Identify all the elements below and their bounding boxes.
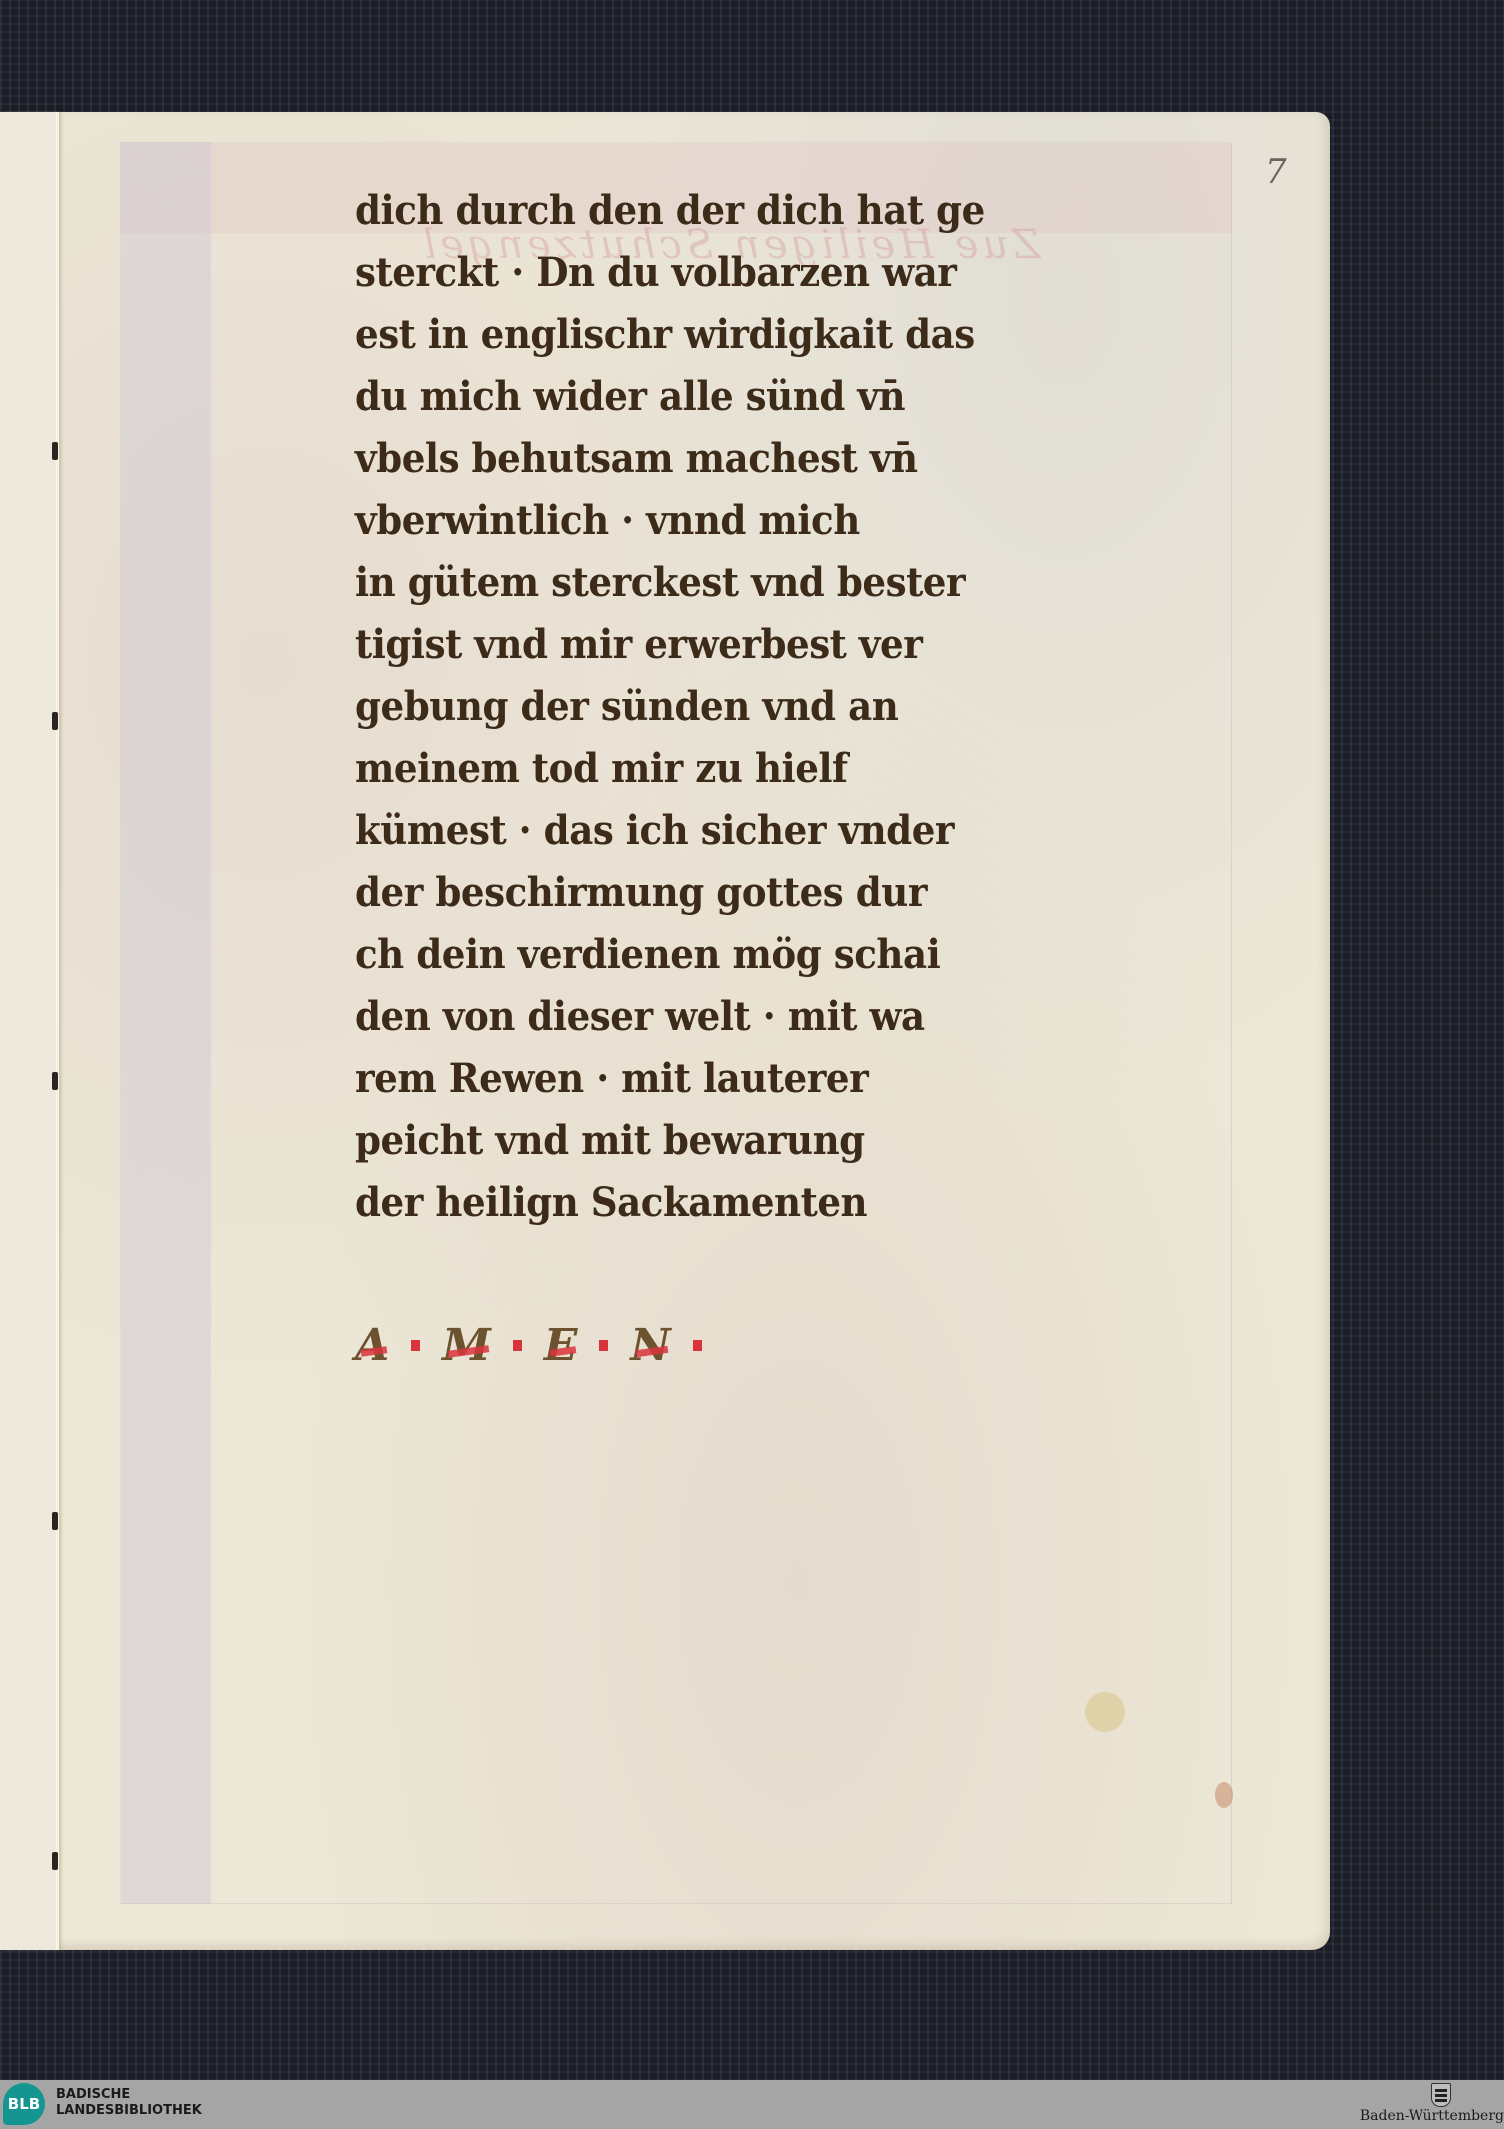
binding-thread-mark	[52, 442, 58, 460]
text-line: vberwintlich · vnnd mich	[355, 490, 1025, 552]
text-line: du mich wider alle sünd vn̄	[355, 366, 1025, 428]
binding-thread-mark	[52, 1072, 58, 1090]
institution-name-line2: LANDESBIBLIOTHEK	[56, 2103, 202, 2119]
institution-name-line1: BADISCHE	[56, 2087, 202, 2103]
text-line: meinem tod mir zu hielf	[355, 738, 1025, 800]
text-line: sterckt · Dn du volbarzen war	[355, 242, 1025, 304]
text-line: gebung der sünden vnd an	[355, 676, 1025, 738]
text-line: den von dieser welt · mit wa	[355, 986, 1025, 1048]
rubric-dot	[411, 1340, 420, 1351]
rubric-dot	[599, 1340, 608, 1351]
stain	[1215, 1782, 1233, 1808]
manuscript-text-block: dich durch den der dich hat ge sterckt ·…	[355, 180, 1075, 1234]
text-line: vbels behutsam machest vn̄	[355, 428, 1025, 490]
text-line: tigist vnd mir erwerbest ver	[355, 614, 1025, 676]
text-line: in gütem sterckest vnd bester	[355, 552, 1025, 614]
previous-leaf-edge	[0, 112, 59, 1950]
footer-bar: BLB BADISCHE LANDESBIBLIOTHEK Baden-Würt…	[0, 2080, 1504, 2129]
blb-logo-icon[interactable]: BLB	[3, 2083, 45, 2125]
binding-thread-mark	[52, 1852, 58, 1870]
text-line: kümest · das ich sicher vnder	[355, 800, 1025, 862]
text-line: est in englischr wirdigkait das	[355, 304, 1025, 366]
text-line: ch dein verdienen mög schai	[355, 924, 1025, 986]
folio-number: 7	[1265, 152, 1287, 192]
text-line: dich durch den der dich hat ge	[355, 180, 1025, 242]
closing-amen-rubric: A M E N	[355, 1315, 1055, 1375]
binding-thread-mark	[52, 712, 58, 730]
institution-name[interactable]: BADISCHE LANDESBIBLIOTHEK	[56, 2087, 202, 2119]
stain	[1085, 1692, 1125, 1732]
amen-letter: N	[630, 1320, 670, 1371]
coat-of-arms-icon	[1431, 2083, 1451, 2107]
rubric-dot	[693, 1340, 702, 1351]
amen-letter: A	[355, 1320, 389, 1371]
text-line: der beschirmung gottes dur	[355, 862, 1025, 924]
text-line: peicht vnd mit bewarung	[355, 1110, 1025, 1172]
amen-letter: M	[442, 1320, 491, 1371]
amen-letter: E	[544, 1320, 578, 1371]
manuscript-scan: Zue Heiligen Schutzengel 7 dich durch de…	[0, 0, 1504, 2080]
text-line: der heilign Sackamenten	[355, 1172, 1025, 1234]
text-line: rem Rewen · mit lauterer	[355, 1048, 1025, 1110]
rubric-dot	[513, 1340, 522, 1351]
state-name[interactable]: Baden-Württemberg	[1360, 2108, 1504, 2124]
binding-thread-mark	[52, 1512, 58, 1530]
